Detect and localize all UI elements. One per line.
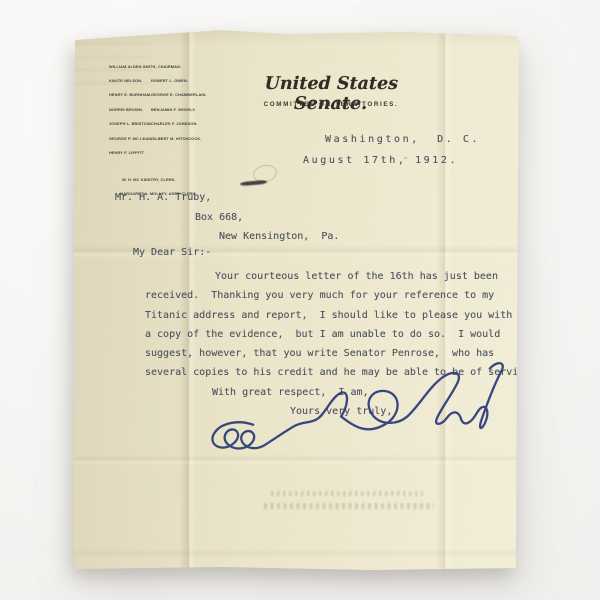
ink-smudge-mark	[240, 180, 267, 186]
letterhead-clerk: W. H. MC KINSTRY, CLERK.	[122, 178, 205, 183]
recipient-box-line: Box 668,	[195, 212, 243, 223]
signature-scrawl	[190, 360, 525, 473]
body-line: a copy of the evidence, but I am unable …	[145, 329, 500, 340]
salutation-line: My Dear Sir:-	[133, 247, 211, 258]
letter-paper: WILLIAM ALDEN SMITH, CHAIRMAN. KNUTE NEL…	[73, 30, 519, 570]
photo-background: WILLIAM ALDEN SMITH, CHAIRMAN. KNUTE NEL…	[0, 0, 600, 600]
letterhead-member-row: HENRY F. LIPPITT.	[109, 151, 205, 156]
dateline-date: August 17th, 1912.	[303, 155, 458, 166]
fold-crease-horizontal-bottom	[73, 548, 519, 558]
bleed-through-smudge	[73, 30, 151, 88]
bleed-through-text-faint	[271, 491, 423, 496]
paper-speck	[404, 157, 407, 159]
body-line: Your courteous letter of the 16th has ju…	[215, 271, 498, 282]
bleed-through-text-faint	[264, 503, 434, 509]
letterhead-member-row: HENRY E. BURNHAM. GEORGE E. CHAMBERLAIN.	[109, 93, 205, 98]
recipient-city-line: New Kensington, Pa.	[219, 231, 339, 242]
masthead-org-title: United States Senate.	[238, 74, 423, 114]
letterhead-member-row: GEORGE P. MC LEAN. GILBERT M. HITCHCOCK.	[109, 137, 205, 142]
body-line: suggest, however, that you write Senator…	[145, 348, 494, 359]
recipient-name-line: Mr. H. A. Truby,	[115, 192, 211, 203]
body-line: received. Thanking you very much for you…	[145, 290, 494, 301]
body-line: Titanic address and report, I should lik…	[145, 310, 512, 321]
letterhead-member-row: NORRIS BROWN. BENJAMIN F. SHIVELY.	[109, 108, 205, 113]
letterhead-member-row: JOSEPH L. BRISTOW. CHARLES F. JOHNSON.	[109, 122, 205, 127]
letter-paper-wrap: WILLIAM ALDEN SMITH, CHAIRMAN. KNUTE NEL…	[73, 30, 519, 570]
masthead-committee-line: COMMITTEE ON TERRITORIES.	[239, 101, 423, 108]
dateline-city: Washington, D. C.	[325, 134, 480, 145]
